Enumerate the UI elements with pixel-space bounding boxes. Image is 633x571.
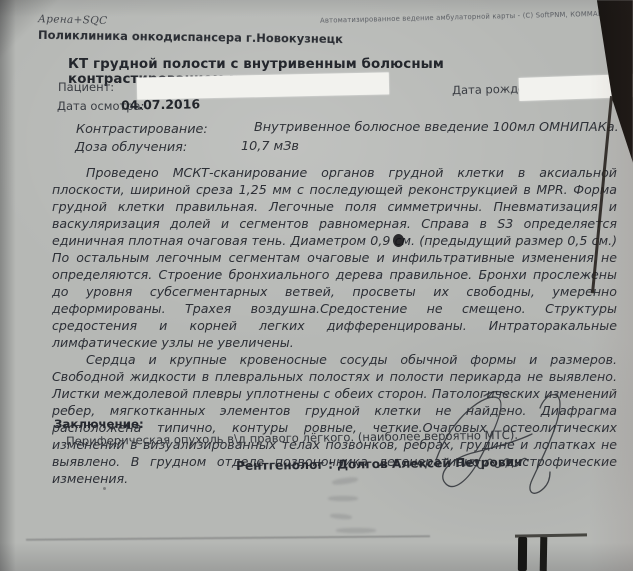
findings-p1-rest: (предыдущий размер 0,5 см.) По остальным… [52, 233, 617, 350]
exam-date-value: 04.07.2016 [121, 96, 200, 112]
pen-smudge-line [26, 535, 430, 541]
paper-smudge [330, 513, 352, 520]
dark-mark-vertical-right [540, 537, 548, 571]
contrast-value: Внутривенное болюсное введение 100мл ОМН… [254, 120, 619, 135]
dose-label: Доза облучения: [75, 140, 187, 155]
conclusion-label: Заключение: [54, 417, 144, 431]
document-photo: Арена+SQC Автоматизированное ведение амб… [0, 0, 633, 571]
findings-paragraph-1: Проведено МСКТ-сканирование органов груд… [52, 164, 617, 351]
patient-name-redaction [137, 72, 389, 99]
dark-mark-vertical-left [518, 537, 527, 571]
signature-strokes [436, 392, 560, 494]
contrast-label: Контрастирование: [76, 122, 208, 137]
paper-smudge [328, 496, 358, 501]
software-brand: Арена+SQC [38, 13, 108, 27]
signature [424, 388, 589, 513]
software-note: Автоматизированное ведение амбулаторной … [320, 9, 630, 25]
patient-label: Пациент: [58, 80, 114, 94]
clinic-name: Поликлиника онкодиспансера г.Новокузнецк [38, 28, 343, 46]
paper-speck [103, 487, 106, 490]
report-page: Арена+SQC Автоматизированное ведение амб… [0, 0, 633, 571]
paper-smudge [336, 528, 376, 533]
pen-dot-mark: см. [395, 233, 415, 248]
dose-value: 10,7 мЗв [241, 139, 299, 154]
